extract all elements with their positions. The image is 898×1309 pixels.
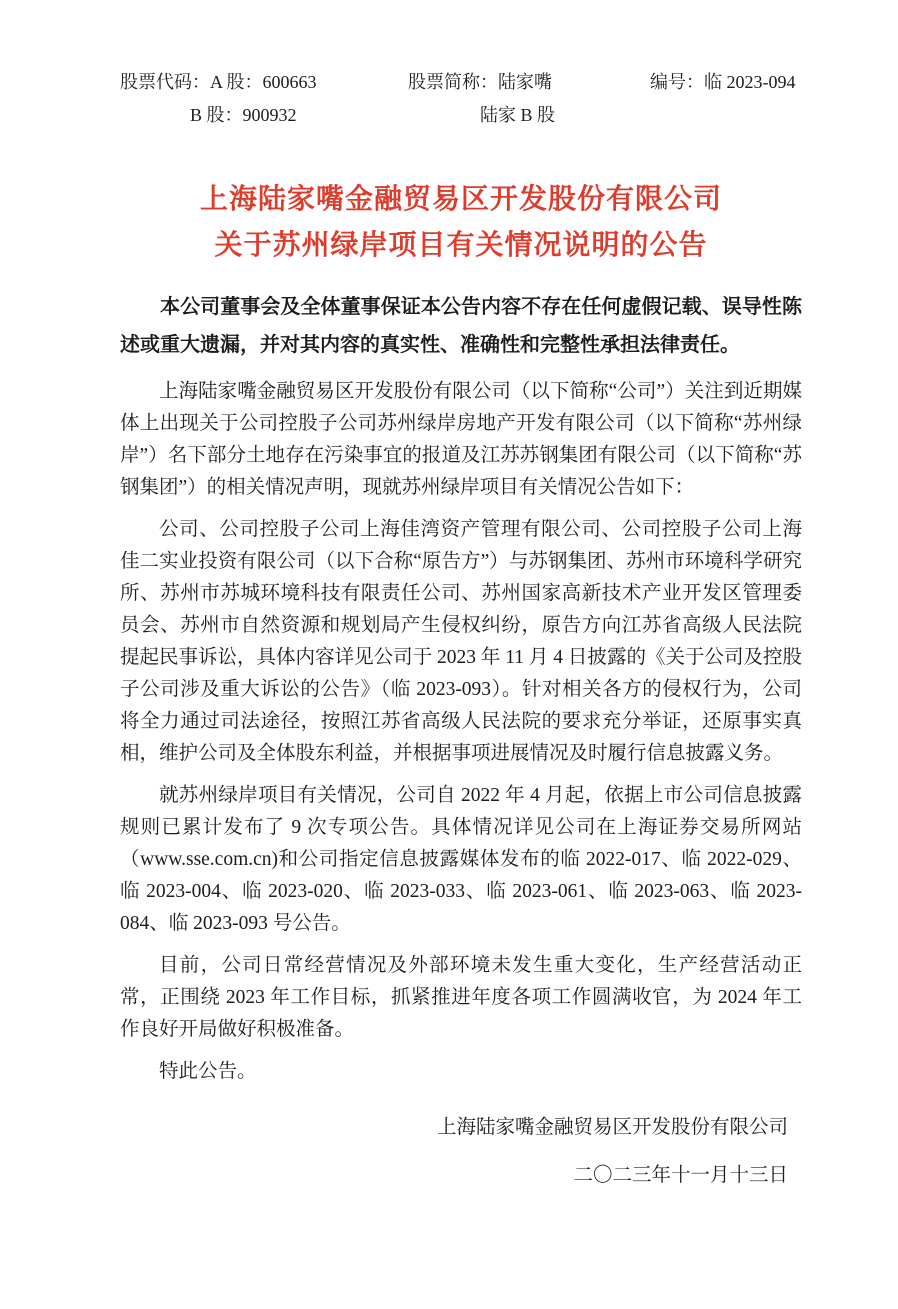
- stock-short-name: 股票简称：陆家嘴: [408, 66, 650, 99]
- announcement-document-page: 股票代码：A 股：600663 B 股：900932 股票简称：陆家嘴 陆家 B…: [0, 0, 898, 1309]
- stock-info-header: 股票代码：A 股：600663 B 股：900932 股票简称：陆家嘴 陆家 B…: [120, 66, 802, 132]
- announcement-number: 编号：临 2023-094: [650, 66, 802, 99]
- stock-short-name-b-share: 陆家 B 股: [408, 99, 650, 132]
- announcement-number-block: 编号：临 2023-094: [650, 66, 802, 132]
- title-subject-line: 关于苏州绿岸项目有关情况说明的公告: [120, 222, 802, 268]
- board-declaration: 本公司董事会及全体董事保证本公告内容不存在任何虚假记载、误导性陈述或重大遗漏，并…: [120, 288, 802, 364]
- closing-statement: 特此公告。: [120, 1056, 802, 1088]
- stock-code-block: 股票代码：A 股：600663 B 股：900932: [120, 66, 408, 132]
- announcement-title: 上海陆家嘴金融贸易区开发股份有限公司 关于苏州绿岸项目有关情况说明的公告: [120, 176, 802, 268]
- paragraph-intro: 上海陆家嘴金融贸易区开发股份有限公司（以下简称“公司”）关注到近期媒体上出现关于…: [120, 376, 802, 504]
- stock-code-a-share: 股票代码：A 股：600663: [120, 66, 408, 99]
- paragraph-disclosures: 就苏州绿岸项目有关情况，公司自 2022 年 4 月起，依据上市公司信息披露规则…: [120, 780, 802, 940]
- signature-date: 二〇二三年十一月十三日: [120, 1160, 788, 1192]
- stock-code-b-share: B 股：900932: [120, 99, 408, 132]
- signature-company-name: 上海陆家嘴金融贸易区开发股份有限公司: [120, 1112, 788, 1144]
- stock-short-name-block: 股票简称：陆家嘴 陆家 B 股: [408, 66, 650, 132]
- paragraph-operations: 目前，公司日常经营情况及外部环境未发生重大变化，生产经营活动正常，正围绕 202…: [120, 950, 802, 1046]
- paragraph-litigation: 公司、公司控股子公司上海佳湾资产管理有限公司、公司控股子公司上海佳二实业投资有限…: [120, 514, 802, 770]
- title-company-line: 上海陆家嘴金融贸易区开发股份有限公司: [120, 176, 802, 222]
- signature-block: 上海陆家嘴金融贸易区开发股份有限公司 二〇二三年十一月十三日: [120, 1112, 802, 1192]
